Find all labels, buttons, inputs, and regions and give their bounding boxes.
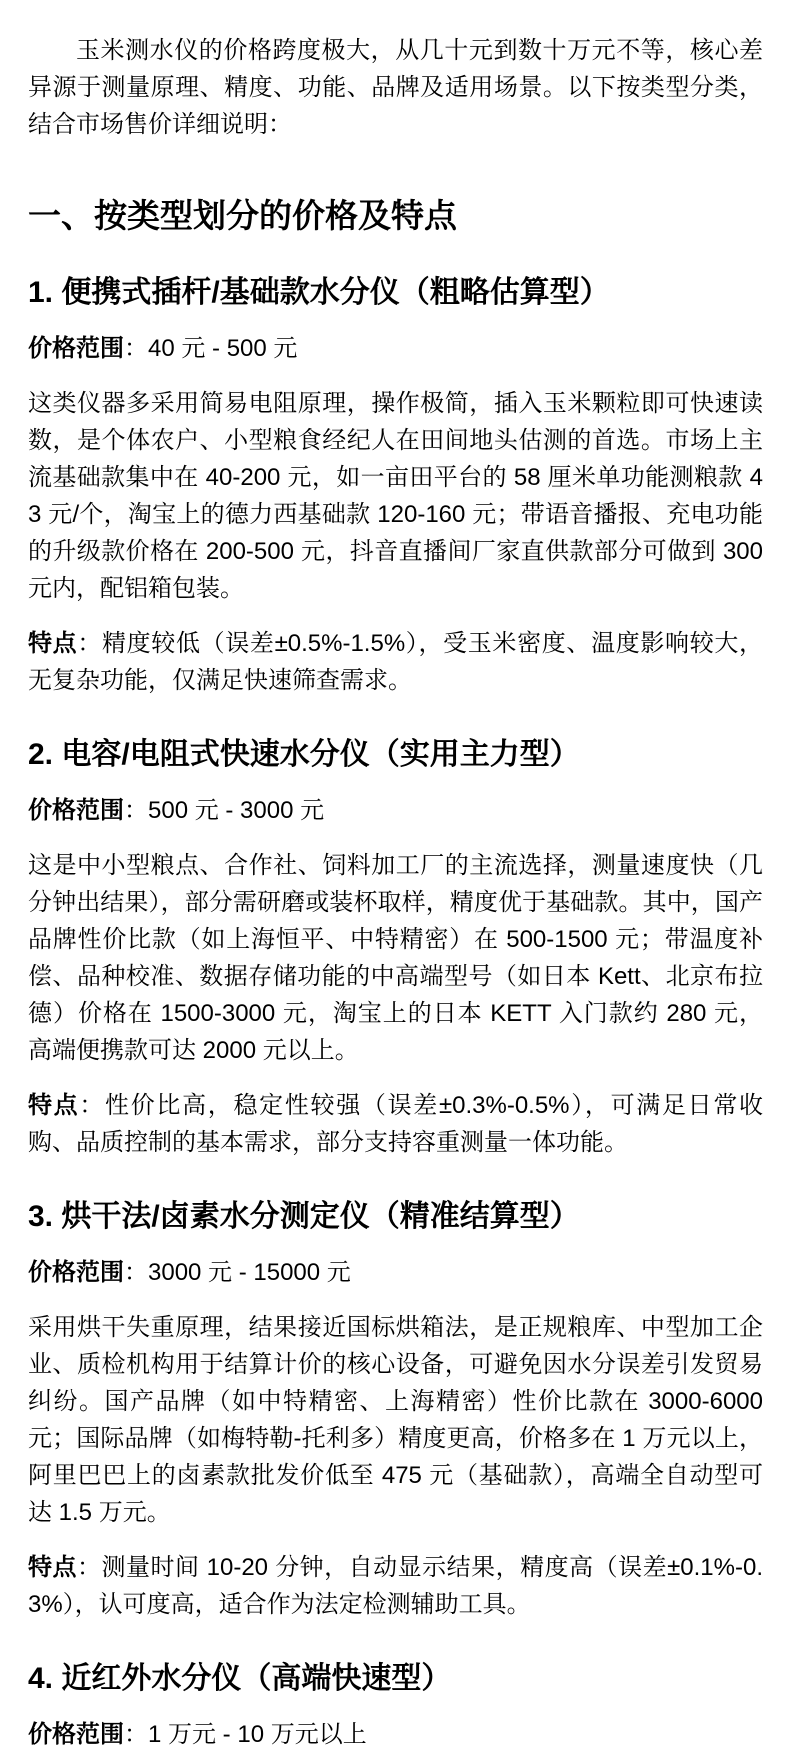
price-range-value: ：1 万元 - 10 万元以上 xyxy=(124,1721,367,1748)
intro-paragraph: 玉米测水仪的价格跨度极大，从几十元到数十万元不等，核心差异源于测量原理、精度、功… xyxy=(28,32,763,143)
section-2-title: 2. 电容/电阻式快速水分仪（实用主力型） xyxy=(28,735,763,774)
section-2-price-line: 价格范围：500 元 - 3000 元 xyxy=(28,792,763,829)
section-2-body: 这是中小型粮点、合作社、饲料加工厂的主流选择，测量速度快（几分钟出结果），部分需… xyxy=(28,847,763,1069)
feature-value: ：精度较低（误差±0.5%-1.5%），受玉米密度、温度影响较大，无复杂功能，仅… xyxy=(28,630,763,694)
feature-label: 特点 xyxy=(28,1092,79,1119)
main-heading: 一、按类型划分的价格及特点 xyxy=(28,195,763,237)
section-drying-halogen: 3. 烘干法/卤素水分测定仪（精准结算型） 价格范围：3000 元 - 1500… xyxy=(28,1197,763,1623)
feature-label: 特点 xyxy=(28,1554,77,1581)
section-4-price-line: 价格范围：1 万元 - 10 万元以上 xyxy=(28,1716,763,1753)
document-page: 玉米测水仪的价格跨度极大，从几十元到数十万元不等，核心差异源于测量原理、精度、功… xyxy=(0,0,791,1753)
feature-value: ：测量时间 10-20 分钟，自动显示结果，精度高（误差±0.1%-0.3%），… xyxy=(28,1554,763,1618)
section-3-feature-line: 特点：测量时间 10-20 分钟，自动显示结果，精度高（误差±0.1%-0.3%… xyxy=(28,1549,763,1623)
feature-value: ：性价比高，稳定性较强（误差±0.3%-0.5%），可满足日常收购、品质控制的基… xyxy=(28,1092,763,1156)
section-capacitive-resistive: 2. 电容/电阻式快速水分仪（实用主力型） 价格范围：500 元 - 3000 … xyxy=(28,735,763,1161)
price-range-value: ：3000 元 - 15000 元 xyxy=(124,1259,351,1286)
section-1-price-line: 价格范围：40 元 - 500 元 xyxy=(28,330,763,367)
section-portable-basic: 1. 便携式插杆/基础款水分仪（粗略估算型） 价格范围：40 元 - 500 元… xyxy=(28,273,763,699)
price-range-value: ：500 元 - 3000 元 xyxy=(124,797,324,824)
section-3-body: 采用烘干失重原理，结果接近国标烘箱法，是正规粮库、中型加工企业、质检机构用于结算… xyxy=(28,1309,763,1531)
section-2-feature-line: 特点：性价比高，稳定性较强（误差±0.3%-0.5%），可满足日常收购、品质控制… xyxy=(28,1087,763,1161)
price-range-value: ：40 元 - 500 元 xyxy=(124,335,297,362)
section-3-price-line: 价格范围：3000 元 - 15000 元 xyxy=(28,1254,763,1291)
section-3-title: 3. 烘干法/卤素水分测定仪（精准结算型） xyxy=(28,1197,763,1236)
section-1-title: 1. 便携式插杆/基础款水分仪（粗略估算型） xyxy=(28,273,763,312)
price-range-label: 价格范围 xyxy=(28,335,124,362)
price-range-label: 价格范围 xyxy=(28,1259,124,1286)
price-range-label: 价格范围 xyxy=(28,1721,124,1748)
feature-label: 特点 xyxy=(28,630,77,657)
section-1-body: 这类仪器多采用简易电阻原理，操作极简，插入玉米颗粒即可快速读数，是个体农户、小型… xyxy=(28,385,763,607)
section-1-feature-line: 特点：精度较低（误差±0.5%-1.5%），受玉米密度、温度影响较大，无复杂功能… xyxy=(28,625,763,699)
section-4-title: 4. 近红外水分仪（高端快速型） xyxy=(28,1659,763,1698)
price-range-label: 价格范围 xyxy=(28,797,124,824)
section-near-infrared: 4. 近红外水分仪（高端快速型） 价格范围：1 万元 - 10 万元以上 xyxy=(28,1659,763,1753)
